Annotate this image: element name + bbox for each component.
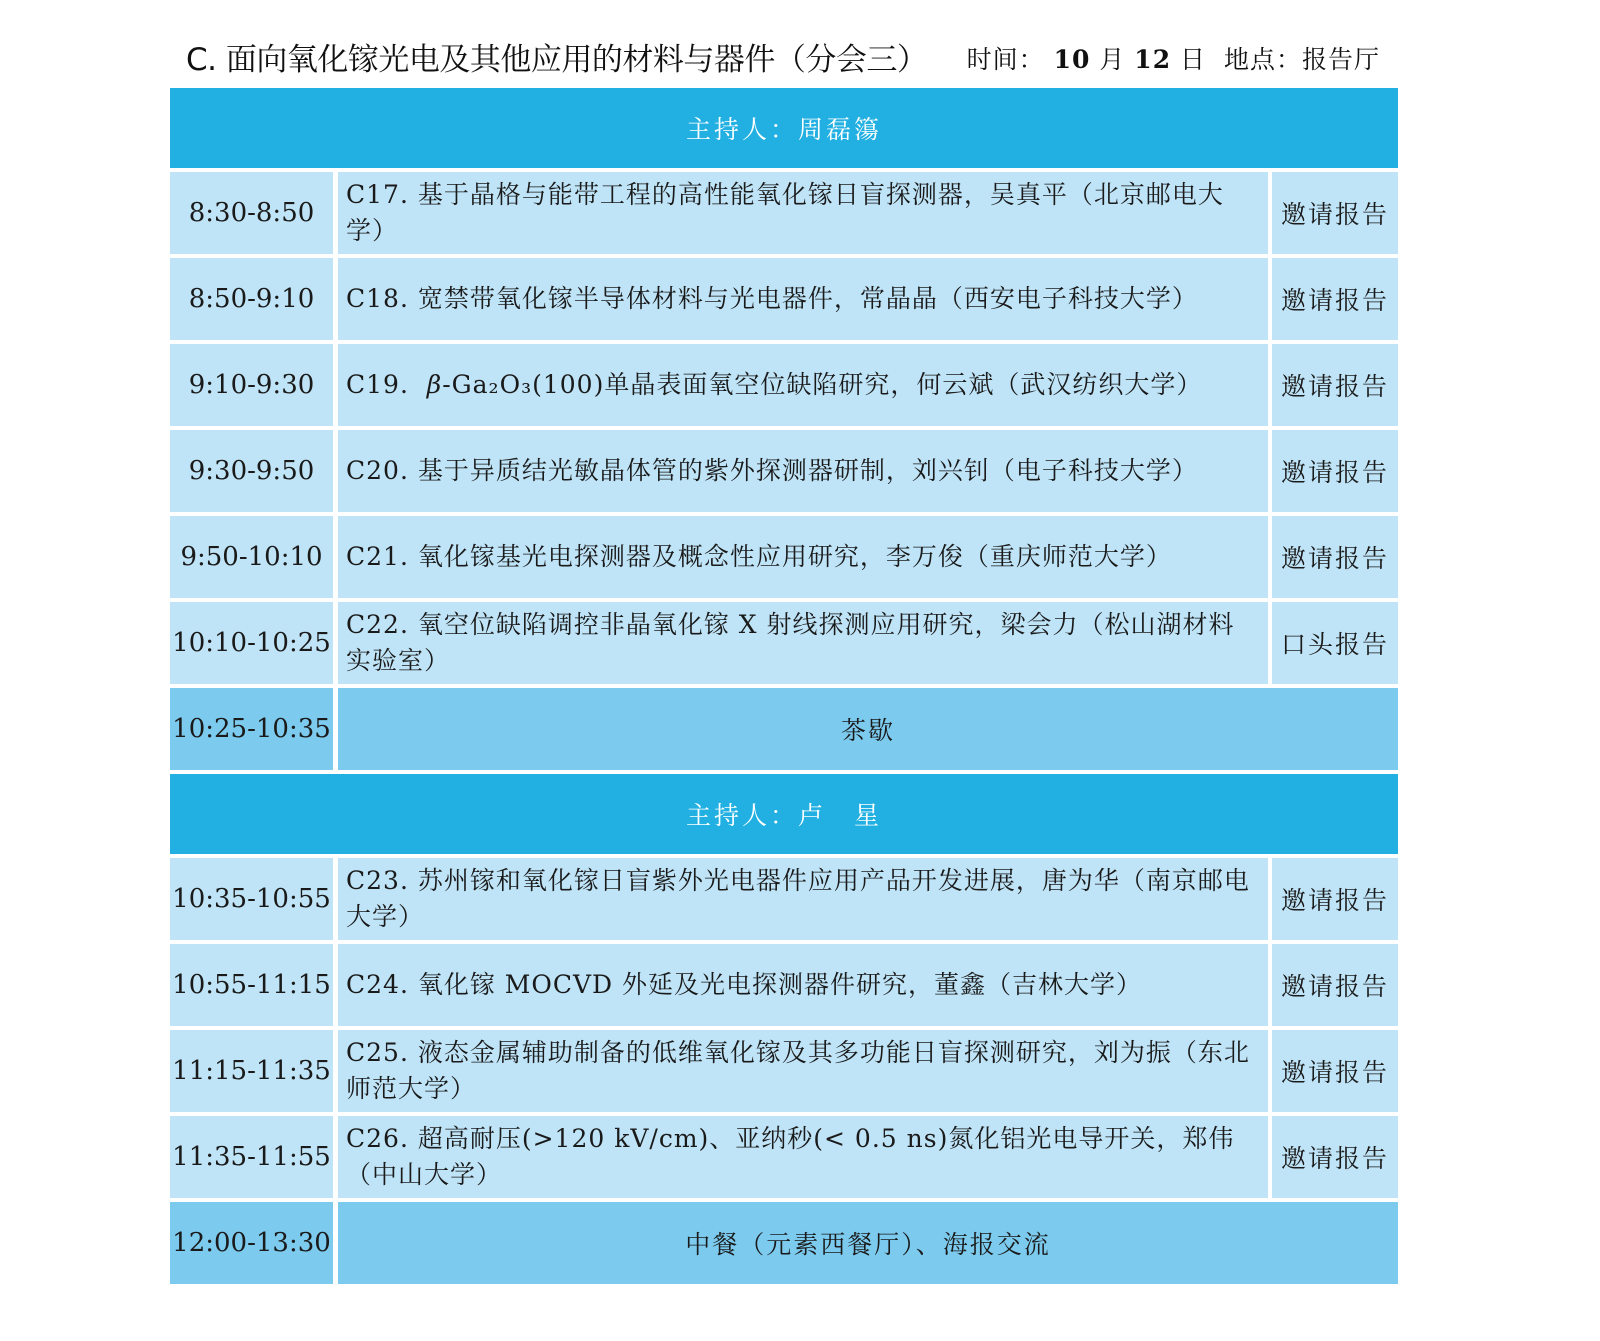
table-row: 8:50-9:10 C18. 宽禁带氧化镓半导体材料与光电器件，常晶晶（西安电子… [170,258,1398,340]
host-label: 主持人：卢 星 [686,796,882,832]
table-row: 8:30-8:50 C17. 基于晶格与能带工程的高性能氧化镓日盲探测器，吴真平… [170,172,1398,254]
time-cell: 8:50-9:10 [170,258,333,340]
break-row: 10:25-10:35 茶歇 [170,688,1398,770]
talk-code: C19. [346,370,427,399]
table-row: 10:55-11:15 C24. 氧化镓 MOCVD 外延及光电探测器件研究，董… [170,944,1398,1026]
talk-type-cell: 邀请报告 [1272,172,1398,254]
talk-title-cell: C17. 基于晶格与能带工程的高性能氧化镓日盲探测器，吴真平（北京邮电大学） [338,172,1268,254]
table-row: 11:15-11:35 C25. 液态金属辅助制备的低维氧化镓及其多功能日盲探测… [170,1030,1398,1112]
month-unit: 月 [1099,45,1125,74]
talk-type-cell: 邀请报告 [1272,944,1398,1026]
break-row: 12:00-13:30 中餐（元素西餐厅）、海报交流 [170,1202,1398,1284]
talk-title-cell: C19. β-Ga₂O₃(100)单晶表面氧空位缺陷研究，何云斌（武汉纺织大学） [338,344,1268,426]
table-row: 11:35-11:55 C26. 超高耐压(>120 kV/cm)、亚纳秒(< … [170,1116,1398,1198]
day-unit: 日 [1180,45,1206,74]
break-label: 茶歇 [338,688,1398,770]
talk-type-cell: 邀请报告 [1272,344,1398,426]
talk-title: C19. β-Ga₂O₃(100)单晶表面氧空位缺陷研究，何云斌（武汉纺织大学） [346,367,1202,403]
talk-type-cell: 邀请报告 [1272,1030,1398,1112]
time-cell: 10:55-11:15 [170,944,333,1026]
place-label: 地点： [1224,45,1302,74]
table-row: 9:50-10:10 C21. 氧化镓基光电探测器及概念性应用研究，李万俊（重庆… [170,516,1398,598]
talk-title-cell: C20. 基于异质结光敏晶体管的紫外探测器研制，刘兴钊（电子科技大学） [338,430,1268,512]
talk-type-cell: 邀请报告 [1272,516,1398,598]
host-row: 主持人：周磊簜 [170,88,1398,168]
time-cell: 10:10-10:25 [170,602,333,684]
chemical-formula: -Ga₂O₃(100) [442,370,604,399]
time-cell: 8:30-8:50 [170,172,333,254]
time-cell: 9:50-10:10 [170,516,333,598]
talk-title-cell: C18. 宽禁带氧化镓半导体材料与光电器件，常晶晶（西安电子科技大学） [338,258,1268,340]
talk-title: C20. 基于异质结光敏晶体管的紫外探测器研制，刘兴钊（电子科技大学） [346,453,1198,489]
talk-title: C23. 苏州镓和氧化镓日盲紫外光电器件应用产品开发进展，唐为华（南京邮电大学） [346,863,1260,935]
table-row: 9:10-9:30 C19. β-Ga₂O₃(100)单晶表面氧空位缺陷研究，何… [170,344,1398,426]
time-cell: 10:25-10:35 [170,688,333,770]
time-cell: 9:10-9:30 [170,344,333,426]
talk-title: C17. 基于晶格与能带工程的高性能氧化镓日盲探测器，吴真平（北京邮电大学） [346,177,1260,249]
session-header: C. 面向氧化镓光电及其他应用的材料与器件（分会三） 时间： 10 月 12 日… [186,34,1400,82]
time-cell: 12:00-13:30 [170,1202,333,1284]
talk-title: C18. 宽禁带氧化镓半导体材料与光电器件，常晶晶（西安电子科技大学） [346,281,1198,317]
talk-title-cell: C21. 氧化镓基光电探测器及概念性应用研究，李万俊（重庆师范大学） [338,516,1268,598]
talk-title-cell: C25. 液态金属辅助制备的低维氧化镓及其多功能日盲探测研究，刘为振（东北师范大… [338,1030,1268,1112]
time-label: 时间： [967,45,1045,74]
talk-title-cell: C26. 超高耐压(>120 kV/cm)、亚纳秒(< 0.5 ns)氮化铝光电… [338,1116,1268,1198]
talk-title-cell: C24. 氧化镓 MOCVD 外延及光电探测器件研究，董鑫（吉林大学） [338,944,1268,1026]
talk-type-cell: 口头报告 [1272,602,1398,684]
place-value: 报告厅 [1302,45,1380,74]
day-number: 12 [1134,45,1171,74]
talk-type-cell: 邀请报告 [1272,1116,1398,1198]
table-row: 10:35-10:55 C23. 苏州镓和氧化镓日盲紫外光电器件应用产品开发进展… [170,858,1398,940]
talk-title: C22. 氧空位缺陷调控非晶氧化镓 X 射线探测应用研究，梁会力（松山湖材料实验… [346,607,1260,679]
talk-title-cell: C23. 苏州镓和氧化镓日盲紫外光电器件应用产品开发进展，唐为华（南京邮电大学） [338,858,1268,940]
host-row: 主持人：卢 星 [170,774,1398,854]
time-cell: 9:30-9:50 [170,430,333,512]
talk-type-cell: 邀请报告 [1272,258,1398,340]
table-row: 9:30-9:50 C20. 基于异质结光敏晶体管的紫外探测器研制，刘兴钊（电子… [170,430,1398,512]
month-number: 10 [1054,45,1091,74]
session-title: C. 面向氧化镓光电及其他应用的材料与器件（分会三） [186,34,927,79]
talk-type-cell: 邀请报告 [1272,430,1398,512]
talk-title: C25. 液态金属辅助制备的低维氧化镓及其多功能日盲探测研究，刘为振（东北师范大… [346,1035,1260,1107]
talk-title: C26. 超高耐压(>120 kV/cm)、亚纳秒(< 0.5 ns)氮化铝光电… [346,1121,1260,1193]
talk-title: C24. 氧化镓 MOCVD 外延及光电探测器件研究，董鑫（吉林大学） [346,967,1142,1003]
time-cell: 11:15-11:35 [170,1030,333,1112]
beta-symbol: β [427,370,442,399]
schedule-table: 主持人：周磊簜 8:30-8:50 C17. 基于晶格与能带工程的高性能氧化镓日… [170,88,1398,1288]
talk-title-rest: 单晶表面氧空位缺陷研究，何云斌（武汉纺织大学） [604,370,1202,399]
talk-type-cell: 邀请报告 [1272,858,1398,940]
session-meta: 时间： 10 月 12 日 地点：报告厅 [967,40,1380,76]
talk-title-cell: C22. 氧空位缺陷调控非晶氧化镓 X 射线探测应用研究，梁会力（松山湖材料实验… [338,602,1268,684]
table-row: 10:10-10:25 C22. 氧空位缺陷调控非晶氧化镓 X 射线探测应用研究… [170,602,1398,684]
host-label: 主持人：周磊簜 [686,110,882,146]
break-label: 中餐（元素西餐厅）、海报交流 [338,1202,1398,1284]
talk-title: C21. 氧化镓基光电探测器及概念性应用研究，李万俊（重庆师范大学） [346,539,1172,575]
time-cell: 11:35-11:55 [170,1116,333,1198]
time-cell: 10:35-10:55 [170,858,333,940]
